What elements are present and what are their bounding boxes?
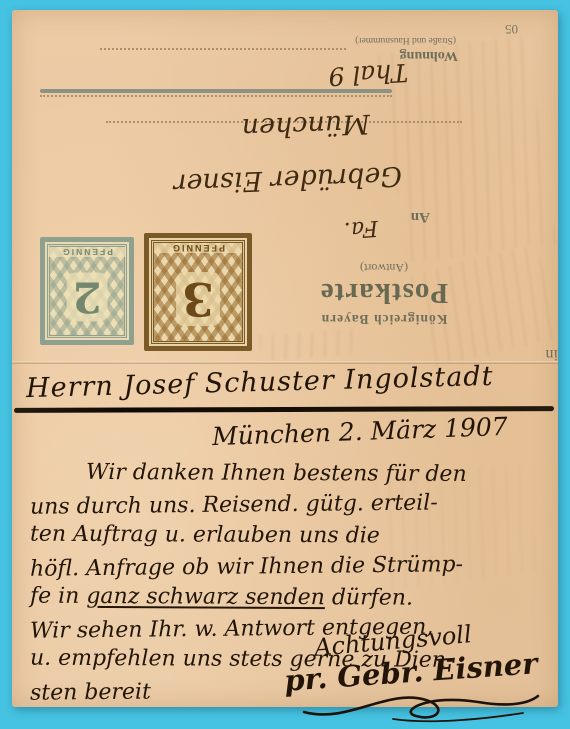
stamp-unit-label: PFENNIG — [154, 243, 242, 253]
hand-drawn-divider-line — [14, 406, 554, 412]
handwritten-street: Thal 9 — [328, 58, 409, 91]
wohnung-dotted-line — [100, 48, 346, 50]
postcard-scan: { "scan": { "frame_color": "#46c3e2", "c… — [0, 0, 570, 729]
kingdom-line: Königreich Bayern — [292, 311, 476, 327]
message-line: ten Auftrag u. erlauben uns die — [30, 519, 554, 553]
city-dotted-line — [40, 95, 392, 97]
strasse-hausnummer-label: (Straße und Hausnummer) — [355, 35, 456, 45]
message-line: Wir sehen Ihr. w. Antwort entgegen, — [30, 610, 554, 646]
message-line: Wir danken Ihnen bestens für den — [30, 457, 554, 491]
message-line-underlined: fe in ganz schwarz senden dürfen. — [30, 581, 554, 615]
message-line: höfl. Anfrage ob wir Ihnen die Strümp- — [30, 548, 554, 584]
message-line-pre: fe in — [30, 584, 86, 609]
stamp-value: 2 — [66, 273, 107, 322]
handwritten-dateline: München 2. März 1907 — [212, 412, 509, 451]
stamp-unit-label: PFENNIG — [48, 247, 126, 257]
an-label: An — [411, 208, 430, 225]
handwritten-addressee-prefix: Fa. — [343, 215, 379, 242]
handwritten-address-line: Herrn Josef Schuster Ingolstadt — [26, 361, 494, 404]
message-line-underline-segment: ganz schwarz senden — [86, 584, 325, 610]
signature-flourish — [298, 686, 542, 724]
handwritten-city: München — [241, 108, 370, 143]
stamp-2-pfennig: 2 PFENNIG — [40, 237, 134, 345]
imprint-heading: Königreich Bayern Postkarte (Antwort) — [292, 260, 476, 327]
message-line: uns durch uns. Reisend. gütg. erteil- — [30, 486, 554, 522]
wohnung-label: Wohnung — [400, 47, 458, 63]
antwort-subtitle: (Antwort) — [292, 260, 476, 275]
control-number: 05 — [505, 21, 518, 37]
reply-card-face: Königreich Bayern Postkarte (Antwort) 3 … — [12, 10, 558, 363]
stamp-3-pfennig: 3 PFENNIG — [144, 233, 252, 351]
postkarte-title: Postkarte — [292, 276, 476, 309]
stamp-value: 3 — [176, 272, 220, 326]
handwritten-addressee: Gebrüder Eisner — [173, 160, 402, 199]
message-line-post: dürfen. — [325, 585, 413, 610]
postcard: Königreich Bayern Postkarte (Antwort) 3 … — [12, 10, 558, 707]
